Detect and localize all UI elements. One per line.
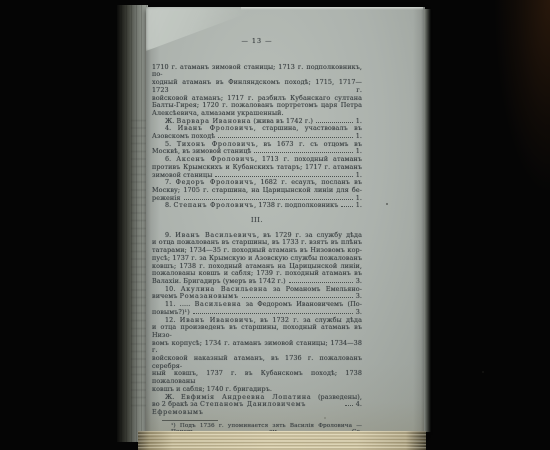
entry-text: во 2 бракѣ за Степаномъ Даниловичемъ Ефр… [152,401,342,416]
entry-text: (разведены), [311,393,362,401]
dot-leader [218,137,352,138]
toc-entry: 4. Иванъ Фроловичъ, старшина, участвовал… [152,125,362,140]
toc-line: ный ковшъ, 1737 г. въ Кубанскомъ походѣ;… [152,370,362,385]
toc-entry: 7. Федоръ Фроловичъ, 1682 г. есаулъ, пос… [152,179,362,202]
entry-text: 8. Степанъ Фроловичъ, 1738 г. подполковн… [165,202,338,210]
book-page: — 13 — 1710 г. атаманъ зимовой станицы; … [146,7,425,432]
entry-text: и отца произведенъ въ старшины, походный… [152,323,362,339]
toc-entry: 8. Степанъ Фроловичъ, 1738 г. подполковн… [152,202,362,210]
page-ref: 4. [356,401,362,409]
paper-specks [386,203,388,205]
dot-leader [316,122,353,123]
dot-leader [289,282,353,283]
toc-entry: 9. Иванъ Васильевичъ, въ 1729 г. за служ… [152,232,362,286]
entry-text: , старшина, участвовалъ въ [254,124,362,132]
dot-leader [345,405,353,406]
entry-text: войсковой наказный атаманъ, въ 1736 г. п… [152,354,362,370]
page-ref: 1. [356,202,362,210]
bottom-fore-edge [138,431,426,450]
dot-leader [242,297,353,298]
page-block-right-edge [424,9,431,432]
toc-entry: 6. Аксенъ Фроловичъ, 1713 г. походный ат… [152,156,362,179]
entry-text: за Романомъ Емельяно- [268,285,362,293]
book-photo: — 13 — 1710 г. атаманъ зимовой станицы; … [0,0,550,450]
toc-entry: 5. Тихонъ Фроловичъ, въ 1673 г. съ отцом… [152,141,362,156]
toc-line: вомъ корпусѣ; 1734 г. атаманъ зимовой ст… [152,340,362,355]
dot-leader [184,199,353,200]
entry-text: Москву; 1705 г. старшина, на Царицынской… [152,186,362,194]
entry-text: вомъ корпусѣ; 1734 г. атаманъ зимовой ст… [152,339,362,355]
paragraph-line: 1710 г. атаманъ зимовой станицы; 1713 г.… [152,64,362,79]
entry-text: ный ковшъ, 1737 г. въ Кубанскомъ походѣ;… [152,369,362,385]
toc-entry: 12. Иванъ Ивановичъ, въ 1732 г. за служб… [152,317,362,394]
paragraph-line: ходный атаманъ въ Финляндскомъ походѣ; 1… [152,79,362,94]
printed-text-block: — 13 — 1710 г. атаманъ зимовой станицы; … [152,38,362,443]
entry-text: за Федоромъ Ивановичемъ (По- [241,300,362,308]
entry-text: , 1738 г. подполковникъ [254,201,338,209]
toc-entries-section-2: Ж. Варвара Ивановна (жива въ 1742 г.)1.4… [152,118,362,210]
toc-entries-section-3: 9. Иванъ Васильевичъ, въ 1729 г. за служ… [152,232,362,417]
toc-line: 8. Степанъ Фроловичъ, 1738 г. подполковн… [152,202,362,210]
person-name: Васильевна [195,300,242,308]
person-name: Степанъ Фроловичъ [173,201,254,209]
toc-entry: 11. ..... Васильевна за Федоромъ Иванови… [152,301,362,316]
toc-line: Москву; 1705 г. старшина, на Царицынской… [152,187,362,195]
page-number: — 13 — [152,38,362,46]
toc-line: и отца произведенъ въ старшины, походный… [152,324,362,339]
dot-leader [341,206,352,207]
toc-line: во 2 бракѣ за Степаномъ Даниловичемъ Ефр… [152,401,362,416]
dot-leader [254,152,352,153]
dot-leader [193,313,353,314]
toc-entry: 10. Акулина Васильевна за Романомъ Емель… [152,286,362,301]
gutter-showthrough-text [131,120,146,410]
entry-text: , въ 1673 г. съ отцомъ въ [256,140,362,148]
intro-paragraph: 1710 г. атаманъ зимовой станицы; 1713 г.… [152,64,362,118]
dot-leader [215,176,352,177]
page-top-edge-highlight [241,7,423,10]
section-heading: III. [152,217,362,225]
toc-entry: Ж. Евфимія Андреевна Лопатина (разведены… [152,394,362,417]
footnote-rule [162,420,218,421]
book-cover-edge [495,0,550,190]
